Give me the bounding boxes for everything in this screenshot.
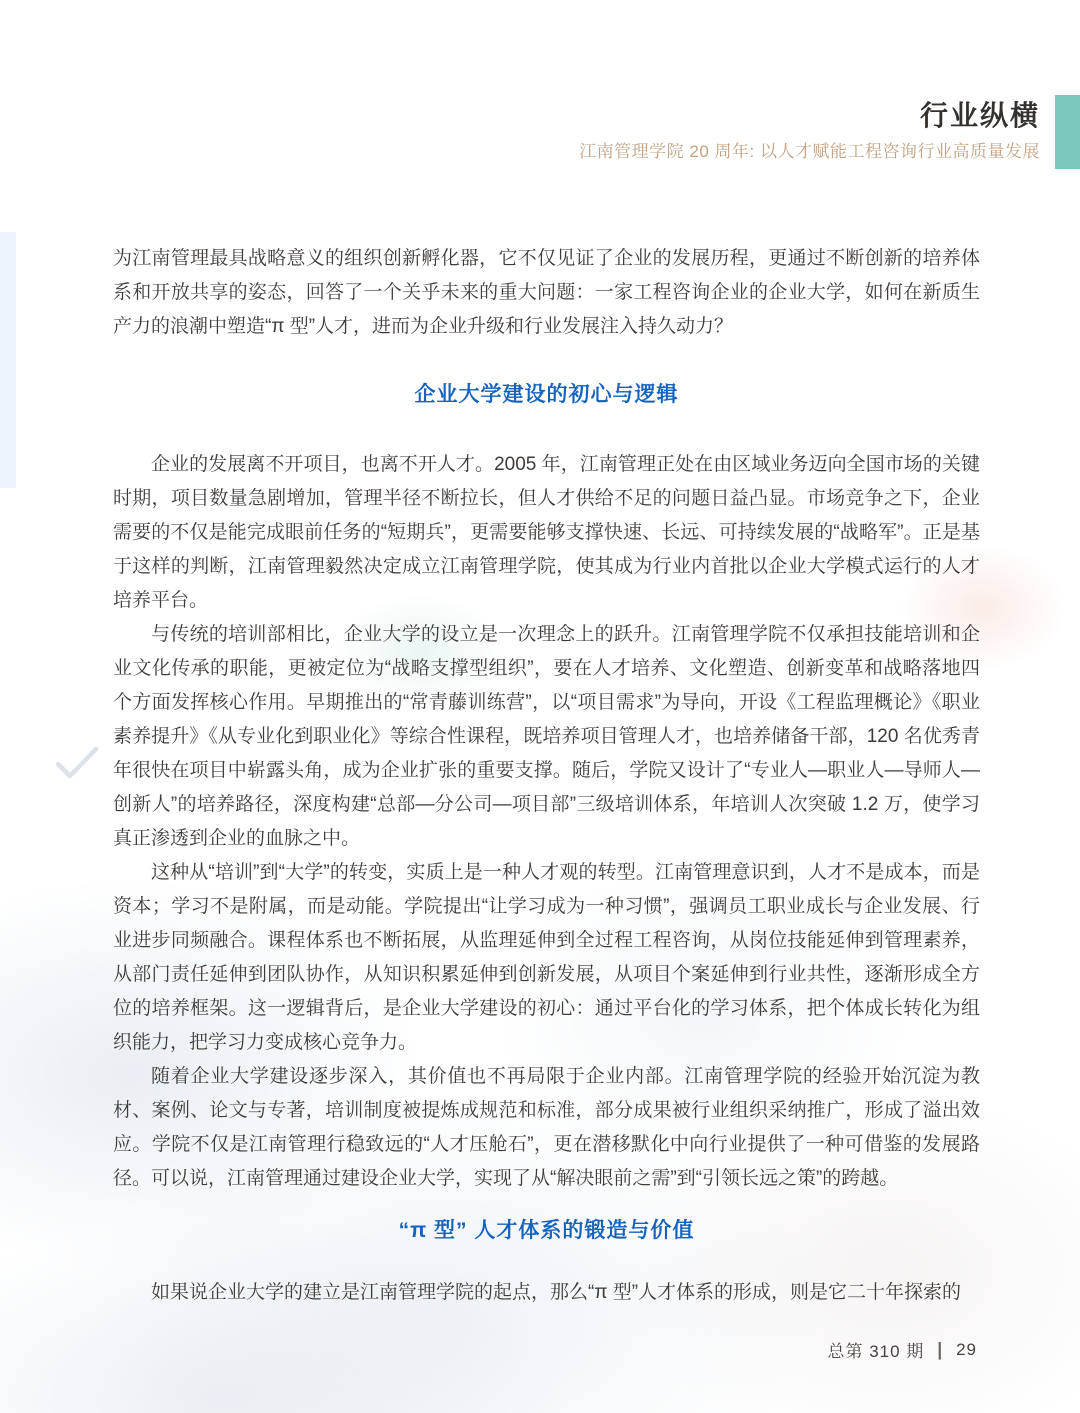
section-heading: “π 型” 人才体系的锻造与价值 <box>113 1216 980 1246</box>
issue-number: 总第 310 期 <box>828 1337 925 1362</box>
header-accent-block <box>1055 95 1080 169</box>
article-subtitle: 江南管理学院 20 周年: 以人才赋能工程咨询行业高质量发展 <box>579 141 1040 163</box>
body-paragraph: 随着企业大学建设逐步深入，其价值也不再局限于企业内部。江南管理学院的经验开始沉淀… <box>113 1060 980 1196</box>
body-paragraph: 与传统的培训部相比，企业大学的设立是一次理念上的跃升。江南管理学院不仅承担技能培… <box>113 618 980 856</box>
checkmark-icon <box>55 745 99 781</box>
section-title: 行业纵横 <box>579 100 1040 132</box>
footer-separator: | <box>937 1339 943 1361</box>
body-paragraph: 为江南管理最具战略意义的组织创新孵化器，它不仅见证了企业的发展历程，更通过不断创… <box>113 242 980 344</box>
body-paragraph: 企业的发展离不开项目，也离不开人才。2005 年，江南管理正处在由区域业务迈向全… <box>113 448 980 618</box>
section-heading: 企业大学建设的初心与逻辑 <box>113 380 980 410</box>
article-body: 为江南管理最具战略意义的组织创新孵化器，它不仅见证了企业的发展历程，更通过不断创… <box>113 242 980 1310</box>
magazine-page: 行业纵横 江南管理学院 20 周年: 以人才赋能工程咨询行业高质量发展 为江南管… <box>0 0 1080 1413</box>
page-number: 29 <box>956 1340 977 1360</box>
body-paragraph: 这种从“培训”到“大学”的转变，实质上是一种人才观的转型。江南管理意识到，人才不… <box>113 856 980 1060</box>
body-paragraph: 如果说企业大学的建立是江南管理学院的起点，那么“π 型”人才体系的形成，则是它二… <box>113 1276 980 1310</box>
left-accent-bar <box>0 232 16 488</box>
page-footer: 总第 310 期 | 29 <box>828 1337 978 1362</box>
page-header: 行业纵横 江南管理学院 20 周年: 以人才赋能工程咨询行业高质量发展 <box>579 100 1040 163</box>
